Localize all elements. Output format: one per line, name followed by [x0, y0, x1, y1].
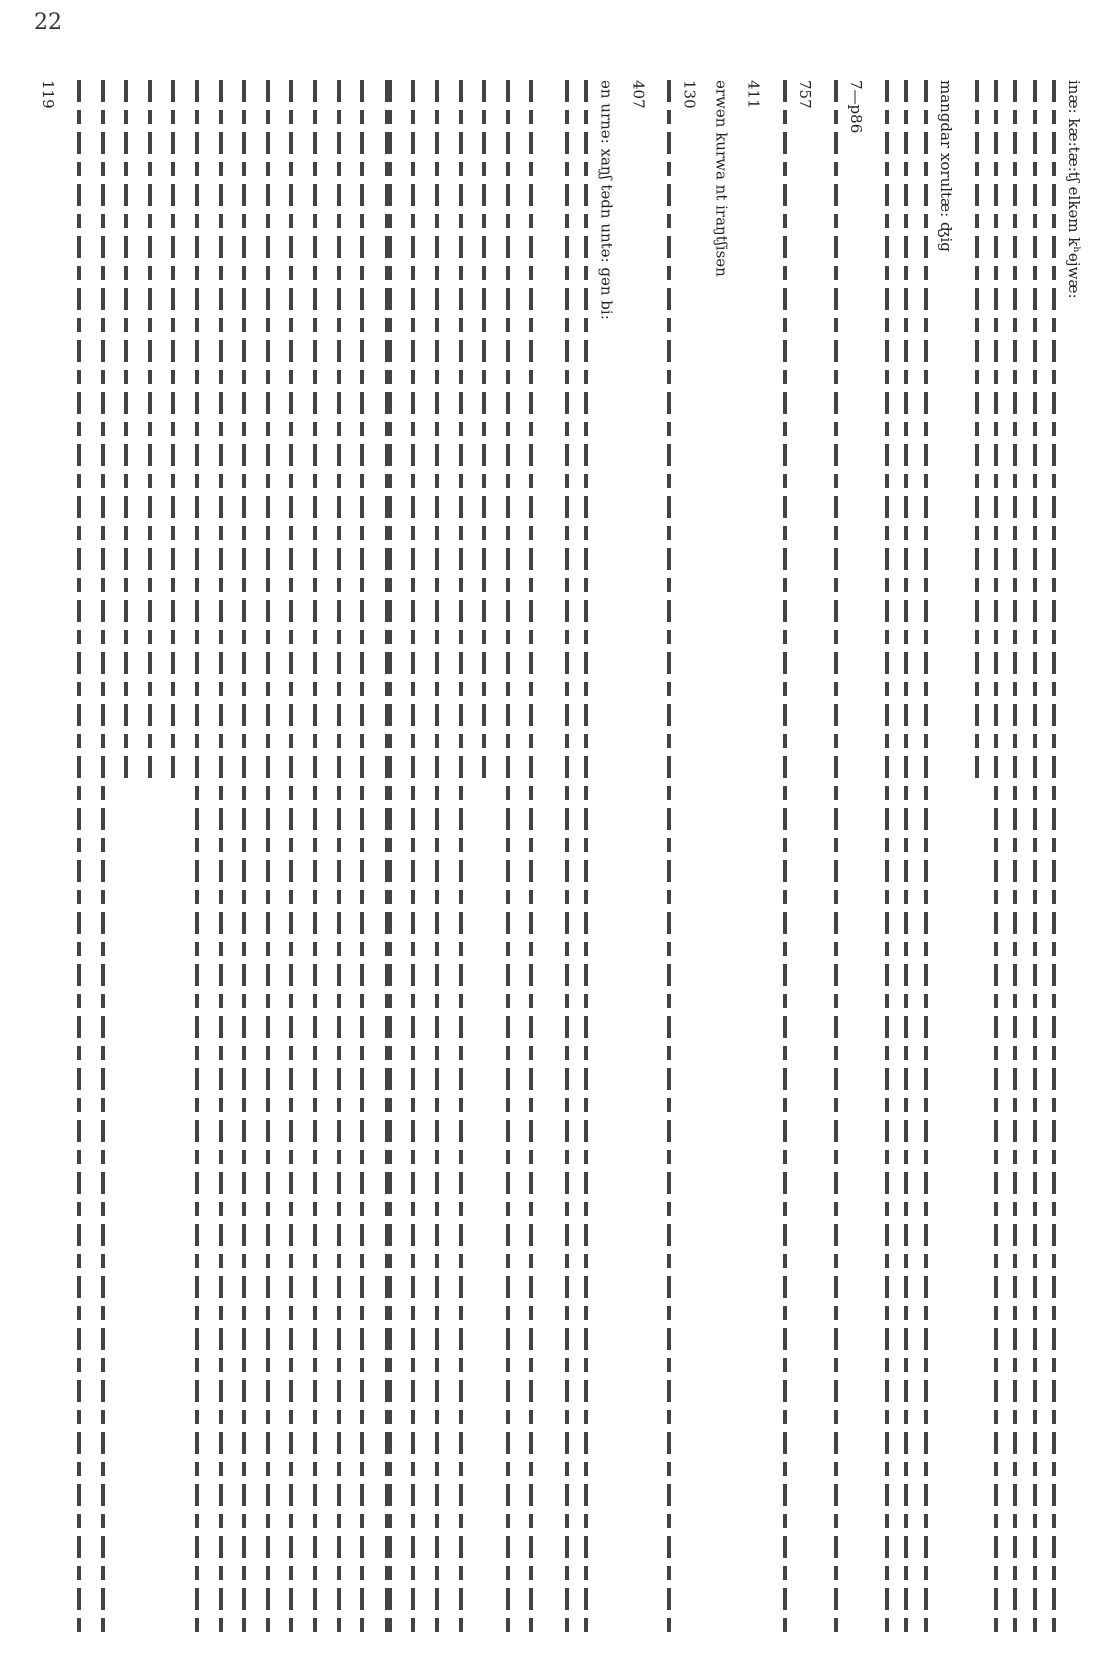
- page-number: 22: [34, 10, 62, 35]
- mongolian-text-line: [257, 80, 273, 1638]
- citation-number: 7—p86: [844, 80, 868, 1638]
- mongolian-text-line: [115, 80, 131, 1638]
- mongolian-text-line: [985, 80, 996, 1638]
- citation-number: 119: [36, 80, 60, 1638]
- mongolian-text-line: [210, 80, 226, 1638]
- mongolian-text-line: [304, 80, 320, 1638]
- mongolian-text-line: [450, 80, 466, 1638]
- mongolian-text-line: [575, 80, 586, 1638]
- mongolian-text-line: [1024, 80, 1035, 1638]
- mongolian-text-line: [186, 80, 202, 1638]
- mongolian-text-line: [233, 80, 249, 1638]
- citation-number: 411: [742, 80, 766, 1638]
- transcription-note: The vertical Mongolian-script text in th…: [0, 0, 1, 1]
- citation-number: 130: [678, 80, 702, 1638]
- mongolian-text-line: [139, 80, 155, 1638]
- mongolian-text-line: [825, 80, 836, 1638]
- mongolian-text-line: [328, 80, 344, 1638]
- right-text-block: inæ: kæ:tæ:tʃ elkəm kʰɵjwæ: mangdar xoru…: [556, 80, 1086, 1638]
- mongolian-text-line: [966, 80, 977, 1638]
- mongolian-text-line: [68, 80, 84, 1638]
- left-text-block: 119: [36, 80, 536, 1638]
- mongolian-text-line: [876, 80, 887, 1638]
- citation-number: 757: [793, 80, 817, 1638]
- mongolian-text-line: [1043, 80, 1054, 1638]
- mongolian-text-line: [473, 80, 489, 1638]
- mongolian-text-line: [92, 80, 108, 1638]
- mongolian-text-line: [351, 80, 367, 1638]
- transliteration-line: ərwən kurwa nt iraŋtʃisən: [710, 80, 734, 1638]
- mongolian-text-line: [556, 80, 567, 1638]
- transliteration-line: ən urnə: xaŋʃ tədn untə: gən bi:: [594, 80, 618, 1638]
- citation-number: 407: [626, 80, 650, 1638]
- mongolian-text-line: [895, 80, 906, 1638]
- mongolian-text-line: [426, 80, 442, 1638]
- mongolian-text-line: [402, 80, 418, 1638]
- mongolian-text-line: [162, 80, 178, 1638]
- mongolian-text-line: [915, 80, 926, 1638]
- mongolian-text-line: [520, 80, 536, 1638]
- mongolian-text-line: [1004, 80, 1015, 1638]
- mongolian-text-line: [658, 80, 669, 1638]
- transliteration-line: mangdar xorultæ: ʤig: [934, 80, 958, 1638]
- mongolian-text-line: [280, 80, 296, 1638]
- mongolian-text-line: [497, 80, 513, 1638]
- mongolian-text-line: [774, 80, 785, 1638]
- transliteration-line: inæ: kæ:tæ:tʃ elkəm kʰɵjwæ:: [1062, 80, 1086, 1638]
- section-heading: [375, 80, 395, 1638]
